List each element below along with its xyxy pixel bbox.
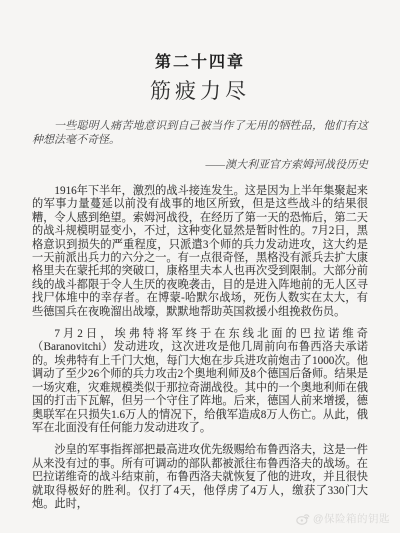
- paragraph: 1916年下半年，激烈的战斗接连发生。这是因为上半年集聚起来的军事力量蔓延以前没…: [32, 185, 368, 319]
- epigraph-text: 一些聪明人痛苦地意识到自己被当作了无用的牺牲品，他们有这种想法毫不奇怪。: [32, 120, 368, 147]
- watermark-text: @保险箱的钥匙: [313, 511, 390, 526]
- paragraph: 7月2日，埃弗特将军终于在东线北面的巴拉诺维奇（Baranovitchi）发动进…: [32, 328, 368, 435]
- body-text: 1916年下半年，激烈的战斗接连发生。这是因为上半年集聚起来的军事力量蔓延以前没…: [32, 185, 368, 511]
- paragraph: 沙皇的军事指挥部把最高进攻优先级赐给布鲁西洛夫，这是一件从来没有过的事。所有可调…: [32, 444, 368, 511]
- chapter-subtitle: 筋疲力尽: [0, 75, 400, 105]
- watermark: @保险箱的钥匙: [296, 511, 390, 526]
- book-page: 第二十四章 筋疲力尽 一些聪明人痛苦地意识到自己被当作了无用的牺牲品，他们有这种…: [0, 0, 400, 533]
- chapter-title: 第二十四章: [0, 49, 400, 72]
- weibo-icon: [296, 513, 310, 525]
- epigraph-attribution: ——澳大利亚官方索姆河战役历史: [32, 156, 368, 172]
